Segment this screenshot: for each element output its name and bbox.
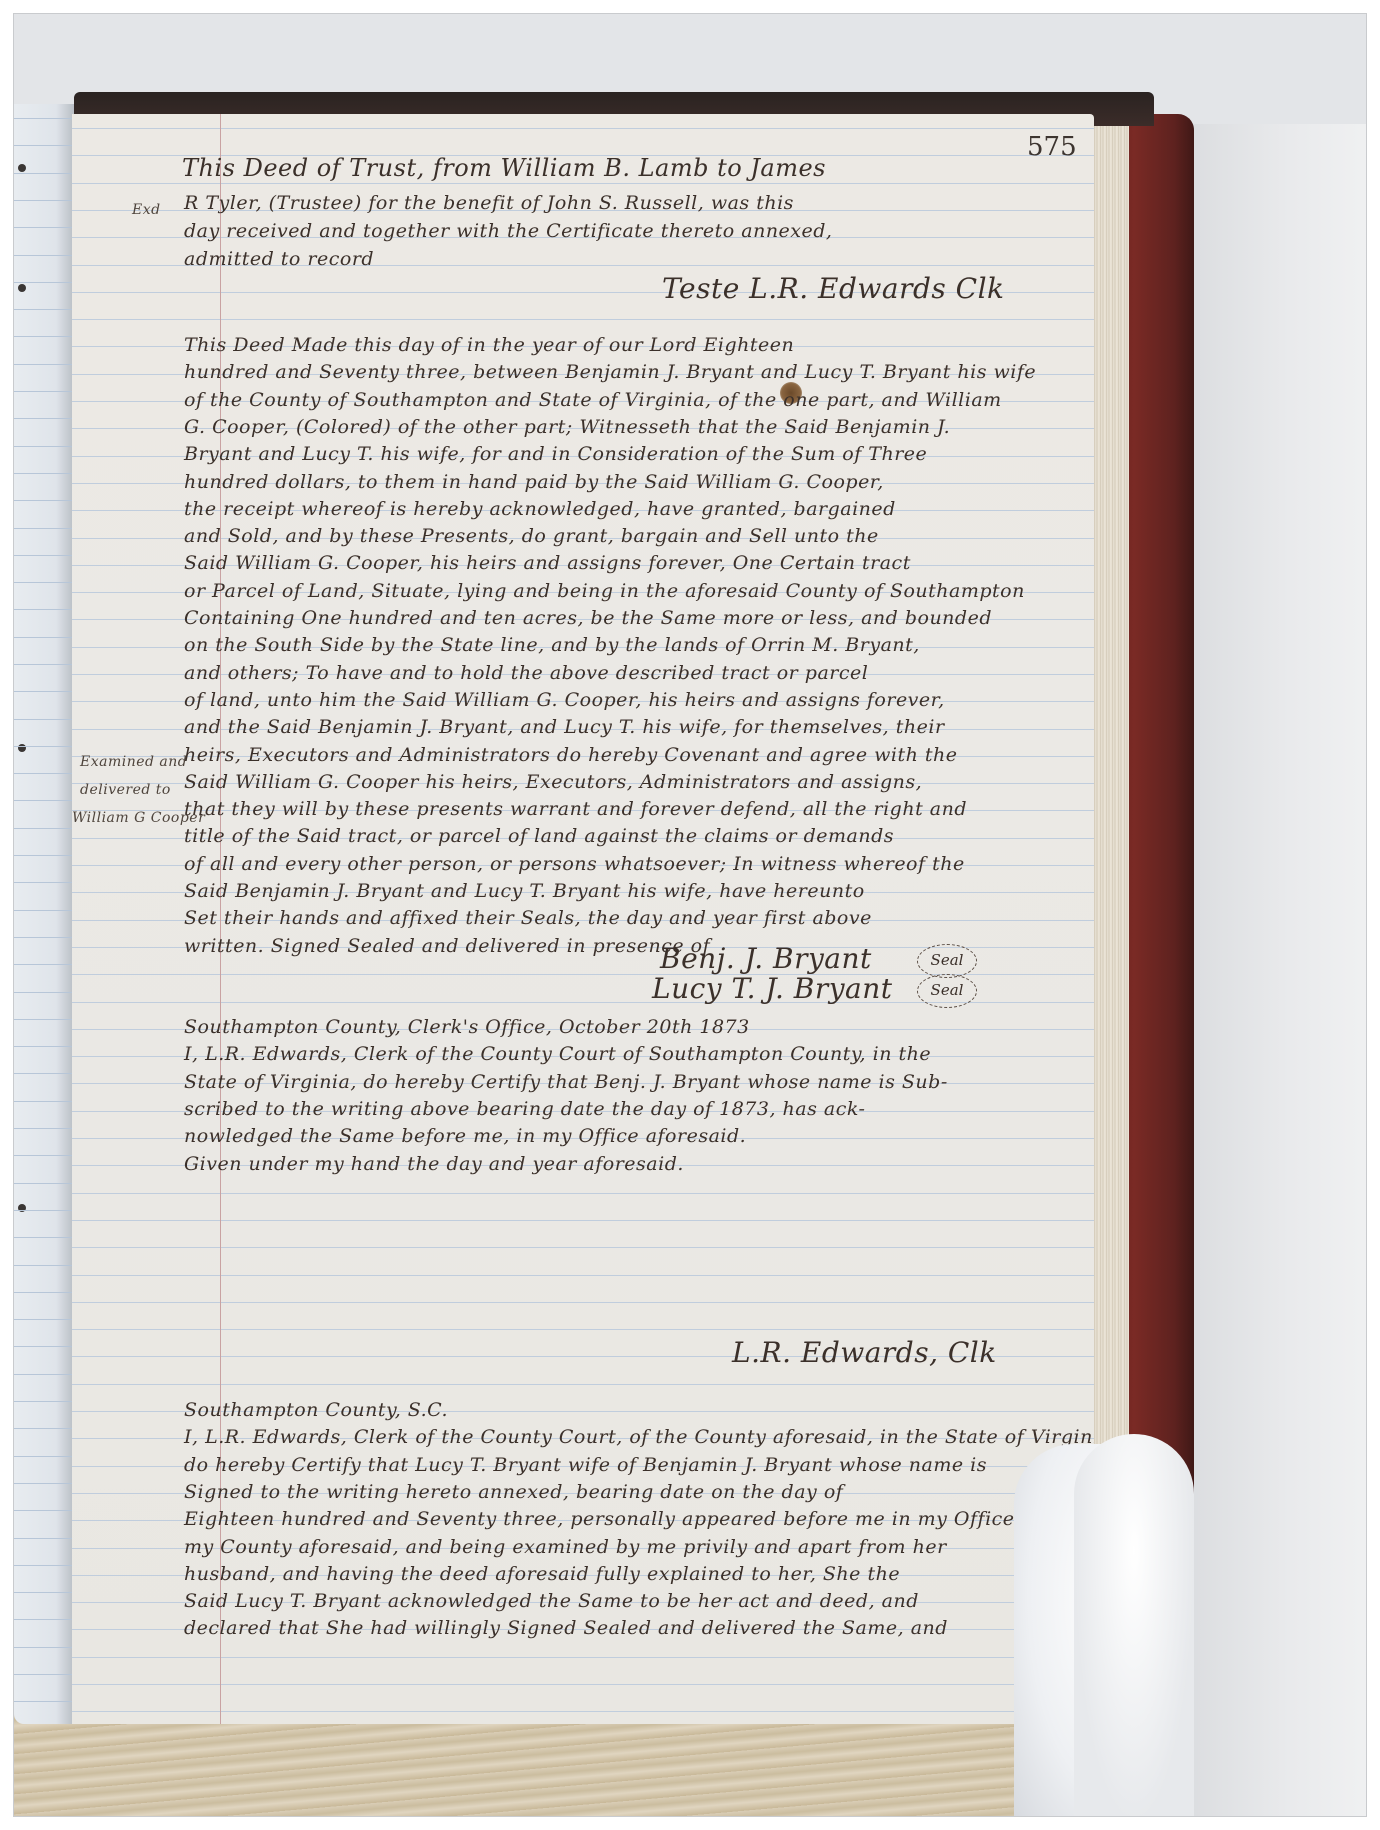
- wooden-board: [14, 1714, 1074, 1816]
- text-line: Bryant and Lucy T. his wife, for and in …: [184, 443, 927, 465]
- text-line: hundred dollars, to them in hand paid by…: [184, 471, 884, 493]
- text-line: and Sold, and by these Presents, do gran…: [184, 525, 879, 547]
- text-line: Said Benjamin J. Bryant and Lucy T. Brya…: [184, 880, 865, 902]
- ruled-line: [72, 1711, 1094, 1712]
- signature-lucy: Lucy T. J. Bryant: [652, 972, 893, 1005]
- ruled-line: [72, 1657, 1094, 1658]
- ruled-line: [72, 1247, 1094, 1248]
- text-line: do hereby Certify that Lucy T. Bryant wi…: [184, 1454, 987, 1476]
- text-line: Given under my hand the day and year afo…: [184, 1153, 684, 1175]
- text-line: of land, unto him the Said William G. Co…: [184, 689, 945, 711]
- text-line: I, L.R. Edwards, Clerk of the County Cou…: [184, 1043, 931, 1065]
- text-line: and the Said Benjamin J. Bryant, and Luc…: [184, 716, 945, 738]
- page-number: 575: [1027, 132, 1077, 162]
- ruled-line: [72, 1384, 1094, 1385]
- text-line: Eighteen hundred and Seventy three, pers…: [184, 1508, 1047, 1530]
- text-line: and others; To have and to hold the abov…: [184, 662, 868, 684]
- text-line: Southampton County, Clerk's Office, Octo…: [184, 1016, 750, 1038]
- table-surface: [1164, 124, 1366, 1816]
- margin-note-line: delivered to: [80, 782, 171, 798]
- text-line: State of Virginia, do hereby Certify tha…: [184, 1071, 948, 1093]
- text-line: husband, and having the deed aforesaid f…: [184, 1563, 900, 1585]
- ruled-line: [72, 1275, 1094, 1276]
- margin-note-line: Examined and: [80, 754, 187, 770]
- gloved-hand: [1074, 1434, 1194, 1816]
- seal-mark: Seal: [917, 944, 977, 978]
- text-line: my County aforesaid, and being examined …: [184, 1536, 947, 1558]
- text-line: Set their hands and affixed their Seals,…: [184, 907, 872, 929]
- text-line: on the South Side by the State line, and…: [184, 634, 920, 656]
- text-line: Containing One hundred and ten acres, be…: [184, 607, 992, 629]
- text-line: of all and every other person, or person…: [184, 853, 965, 875]
- binding-ring-icon: [18, 284, 26, 292]
- ruled-line: [72, 183, 1094, 184]
- margin-note-entered: Exd: [132, 202, 161, 218]
- ruled-line: [72, 1193, 1094, 1194]
- text-line: I, L.R. Edwards, Clerk of the County Cou…: [184, 1426, 1094, 1448]
- photo-frame: 575 Exd Examined and delivered to Willia…: [14, 14, 1366, 1816]
- signature-benjamin: Benj. J. Bryant: [660, 942, 872, 975]
- header-line: R Tyler, (Trustee) for the benefit of Jo…: [184, 192, 794, 214]
- text-line: hundred and Seventy three, between Benja…: [184, 361, 1036, 383]
- ruled-line: [72, 1329, 1094, 1330]
- text-line: written. Signed Sealed and delivered in …: [184, 935, 710, 957]
- text-line: Signed to the writing hereto annexed, be…: [184, 1481, 843, 1503]
- header-line: admitted to record: [184, 248, 374, 270]
- previous-page-edge: [14, 104, 74, 1724]
- seal-mark: Seal: [917, 974, 977, 1008]
- ruled-line: [72, 1302, 1094, 1303]
- text-line: Said William G. Cooper, his heirs and as…: [184, 552, 911, 574]
- text-line: Said William G. Cooper his heirs, Execut…: [184, 771, 922, 793]
- ruled-line: [72, 128, 1094, 129]
- text-line: heirs, Executors and Administrators do h…: [184, 744, 957, 766]
- text-line: or Parcel of Land, Situate, lying and be…: [184, 580, 1025, 602]
- ledger-page: 575 Exd Examined and delivered to Willia…: [72, 114, 1094, 1724]
- text-line: This Deed Made this day of in the year o…: [184, 334, 794, 356]
- text-line: Southampton County, S.C.: [184, 1399, 448, 1421]
- text-line: title of the Said tract, or parcel of la…: [184, 825, 894, 847]
- attest-signature: Teste L.R. Edwards Clk: [662, 272, 1005, 305]
- ruled-line: [72, 319, 1094, 320]
- ruled-line: [72, 1220, 1094, 1221]
- text-line: Said Lucy T. Bryant acknowledged the Sam…: [184, 1590, 919, 1612]
- header-line: day received and together with the Certi…: [184, 220, 832, 242]
- clerk-signature: L.R. Edwards, Clk: [732, 1336, 997, 1369]
- header-line: This Deed of Trust, from William B. Lamb…: [182, 154, 826, 182]
- text-line: that they will by these presents warrant…: [184, 798, 967, 820]
- text-line: scribed to the writing above bearing dat…: [184, 1098, 865, 1120]
- text-line: declared that She had willingly Signed S…: [184, 1617, 948, 1639]
- text-line: G. Cooper, (Colored) of the other part; …: [184, 416, 950, 438]
- text-line: nowledged the Same before me, in my Offi…: [184, 1125, 746, 1147]
- text-line: the receipt whereof is hereby acknowledg…: [184, 498, 896, 520]
- ruled-line: [72, 1684, 1094, 1685]
- text-line: of the County of Southampton and State o…: [184, 389, 1002, 411]
- binding-ring-icon: [18, 164, 26, 172]
